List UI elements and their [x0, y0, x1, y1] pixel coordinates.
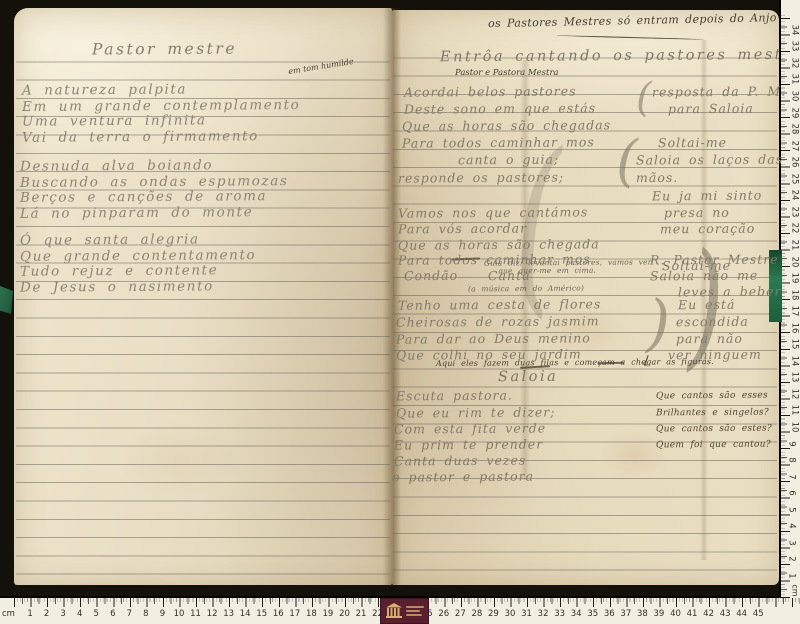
handwriting-line: canta o guia;	[458, 152, 559, 168]
ruler-number: 1	[27, 609, 32, 619]
handwriting-line: para Saloia	[668, 101, 754, 117]
ruler-number: 17	[289, 609, 300, 619]
handwriting-line: Canta	[488, 268, 531, 283]
poem-title: Pastor mestre	[92, 39, 237, 58]
handwriting-line: Brilhantes e singelos?	[656, 408, 769, 419]
ruler-number: 6	[787, 490, 797, 495]
handwriting-line: Eu está	[678, 297, 736, 312]
ruler-number: 2	[44, 609, 49, 619]
ruler-number: 39	[654, 609, 665, 619]
handwriting-line: escondida	[676, 314, 749, 330]
ruler-number: 8	[787, 457, 797, 462]
handwriting-line: Com esta fita verde	[394, 420, 546, 436]
ruler-number: 38	[637, 609, 648, 619]
handwriting-line: Tudo rejuz e contente	[20, 262, 218, 279]
handwriting-line: Quem foi que cantou?	[656, 440, 771, 451]
ruler-number: 16	[273, 609, 284, 619]
ruler-number: 4	[77, 609, 82, 619]
handwriting-line: Acordai belos pastores	[404, 83, 577, 99]
ruler-number: 22	[789, 223, 799, 234]
ruler-number: 29	[488, 609, 499, 619]
ruler-number: 24	[789, 190, 799, 201]
ruler-number: 11	[789, 405, 799, 416]
ruler-number: 10	[174, 609, 185, 619]
ruler-number: 19	[323, 609, 334, 619]
ruler-number: 35	[587, 609, 598, 619]
ruler-number: 34	[571, 609, 582, 619]
handwriting-line: presa no	[664, 205, 730, 220]
section-heading: Entrôa cantando os pastores mestres	[440, 47, 800, 66]
handwriting-line: A natureza palpita	[22, 81, 187, 98]
ruler-number: 33	[554, 609, 565, 619]
ruler-number: 5	[787, 507, 797, 512]
ruler-number: 15	[789, 339, 799, 350]
handwriting-line: Para todos caminhar mos	[402, 134, 595, 150]
ruler-number: 7	[127, 609, 132, 619]
ruler-number: 4	[787, 524, 797, 529]
ruler-number: 9	[160, 609, 165, 619]
ruler-number: 14	[789, 355, 799, 366]
handwriting-line: Para dar ao Deus menino	[396, 330, 591, 346]
handwriting-line: Vamos nos que cantámos	[398, 204, 588, 220]
ruler-number: 3	[787, 540, 797, 545]
archive-building-icon	[385, 603, 403, 619]
handwriting-line: Que grande contentamento	[20, 247, 256, 265]
handwriting-line: Deste sono em que estás	[404, 100, 596, 116]
ruler-number: 17	[789, 306, 799, 317]
ruler-number: 9	[787, 441, 797, 446]
ruler-number: 18	[306, 609, 317, 619]
logo-text-lines	[406, 606, 424, 616]
handwriting-line: De Jesus o nasimento	[20, 278, 214, 295]
ruler-number: 11	[190, 609, 201, 619]
ruler-unit-label: cm	[791, 584, 800, 596]
ruler-number: 16	[789, 322, 799, 333]
ruler-number: 23	[789, 206, 799, 217]
ruler-number: 20	[789, 256, 799, 267]
ruler-number: 25	[789, 173, 799, 184]
handwriting-line: Uma ventura infinita	[22, 112, 207, 129]
ruler-unit-label: cm	[2, 609, 15, 619]
ruler-number: 13	[223, 609, 234, 619]
ruler-number: 3	[60, 609, 65, 619]
ruler-number: 31	[521, 609, 532, 619]
handwriting-line: Que cantos são esses	[656, 391, 768, 402]
ruler-number: 28	[471, 609, 482, 619]
ruler-number: 44	[736, 609, 747, 619]
handwriting-line: resposta da P. M.	[652, 84, 786, 100]
ruler-number: 26	[438, 609, 449, 619]
handwriting-line: Berços e canções de aroma	[20, 188, 267, 206]
ruler-number: 31	[789, 74, 799, 85]
handwriting-line: mãos.	[636, 170, 678, 185]
green-clip-left	[0, 286, 13, 314]
handwriting-line: Eu ja mi sinto	[652, 188, 762, 204]
handwriting-line: Para vós acordar	[398, 221, 527, 237]
handwriting-line: (a música em do Américo)	[468, 284, 584, 294]
handwriting-line: Desnuda alva boiando	[20, 157, 213, 174]
handwriting-line: Saloia os laços das	[636, 151, 783, 167]
ruler-number: 13	[789, 372, 799, 383]
ruler-number: 19	[789, 273, 799, 284]
ruler-number: 41	[687, 609, 698, 619]
handwriting-line: Ó que santa alegria	[20, 231, 200, 248]
ruler-number: 21	[356, 609, 367, 619]
ruler-number: 28	[789, 124, 799, 135]
ruler-number: 20	[339, 609, 350, 619]
manuscript-scan: Pastor mestre em tom humilde os Pastores…	[0, 0, 800, 624]
ruler-number: 40	[670, 609, 681, 619]
archive-logo	[381, 599, 428, 623]
ruler-number: 36	[604, 609, 615, 619]
ruler-number: 15	[256, 609, 267, 619]
ruler-number: 43	[720, 609, 731, 619]
ruler-number: 2	[787, 557, 797, 562]
ruler-number: 26	[789, 157, 799, 168]
cast-note: Pastor e Pastora Mestra	[455, 68, 559, 78]
ruler-number: 21	[789, 240, 799, 251]
handwriting-line: Saloia não me	[650, 268, 758, 284]
ruler-number: 30	[505, 609, 516, 619]
handwriting-line: Eu prim te prender	[394, 436, 543, 452]
ruler-number: 32	[789, 57, 799, 68]
ruler-number: 12	[207, 609, 218, 619]
ruler-number: 32	[538, 609, 549, 619]
ruler-number: 37	[620, 609, 631, 619]
handwriting-line: para não	[676, 331, 743, 346]
ruler-number: 12	[789, 388, 799, 399]
handwriting-line: Escuta pastora.	[396, 388, 513, 404]
handwriting-line: Canta duas vezes	[394, 453, 526, 469]
ruler-number: 33	[789, 41, 799, 52]
ruler-number: 1	[787, 573, 797, 578]
handwriting-line: responde os pastores;	[398, 169, 564, 185]
ruler-number: 34	[789, 24, 799, 35]
ruler-number: 5	[94, 609, 99, 619]
handwriting-line: Que cantos são estes?	[656, 424, 772, 435]
handwriting-line: Soltai-me	[658, 135, 727, 150]
ruler-number: 29	[789, 107, 799, 118]
handwriting-line: Saloia	[498, 369, 558, 385]
ruler-number: 42	[703, 609, 714, 619]
handwriting-line: Lá no pinparam do monte	[20, 204, 253, 222]
ruler-number: 14	[240, 609, 251, 619]
ruler-number: 27	[455, 609, 466, 619]
ruler-number: 6	[110, 609, 115, 619]
handwriting-line: o pastor e pastora	[392, 469, 534, 485]
handwriting-line: Vai da terra o firmamento	[22, 128, 259, 146]
handwriting-line: Que as horas são chegadas	[402, 117, 611, 133]
ruler-number: 45	[753, 609, 764, 619]
handwriting-line: meu coração	[660, 221, 755, 237]
ruler-number: 8	[143, 609, 148, 619]
ruler-number: 30	[789, 91, 799, 102]
handwriting-line: Condão	[404, 268, 458, 283]
handwriting-line: Cheirosas de rozas jasmim	[396, 313, 600, 329]
ruler-number: 27	[789, 140, 799, 151]
handwriting-line: Que as horas são chegada	[398, 236, 600, 252]
ruler-number: 7	[787, 474, 797, 479]
center-fold-shadow	[383, 8, 401, 585]
ruler-number: 10	[789, 422, 799, 433]
ruler-number: 18	[789, 289, 799, 300]
handwriting-line: Tenho uma cesta de flores	[398, 296, 601, 312]
handwriting-line: Que eu rim te dizer;	[396, 404, 556, 420]
